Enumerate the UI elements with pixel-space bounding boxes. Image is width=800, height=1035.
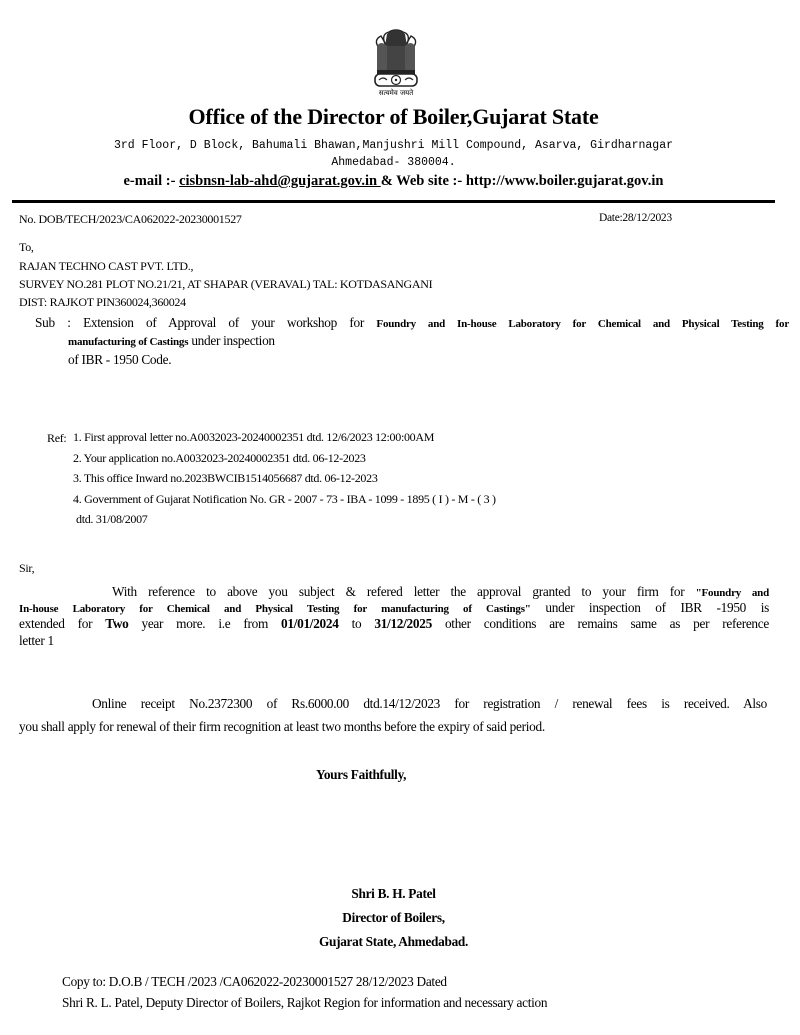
website-label: & Web site :- bbox=[381, 173, 466, 189]
body-text: other conditions are remains same as per… bbox=[432, 616, 769, 631]
subject-text: under inspection bbox=[188, 333, 274, 348]
letter-number: No. DOB/TECH/2023/CA062022-20230001527 bbox=[19, 212, 242, 227]
body1-line3: extended for Two year more. i.e from 01/… bbox=[19, 616, 769, 632]
recipient-line: DIST: RAJKOT PIN360024,360024 bbox=[19, 295, 186, 310]
office-title: Office of the Director of Boiler,Gujarat… bbox=[0, 104, 787, 130]
valid-from-date: 01/01/2024 bbox=[281, 616, 339, 631]
ref-item: 4. Government of Gujarat Notification No… bbox=[73, 492, 496, 507]
email-label: e-mail :- bbox=[124, 173, 180, 189]
copy-to-line1: Copy to: D.O.B / TECH /2023 /CA062022-20… bbox=[62, 974, 447, 990]
body-text: year more. i.e from bbox=[128, 616, 281, 631]
website-link[interactable]: http://www.boiler.gujarat.gov.in bbox=[466, 173, 664, 189]
body-text: to bbox=[339, 616, 375, 631]
valid-to-date: 31/12/2025 bbox=[374, 616, 432, 631]
body-text: under inspection of IBR -1950 is bbox=[531, 600, 769, 615]
body-bold: "Foundry and bbox=[696, 587, 769, 599]
body-text: With reference to above you subject & re… bbox=[112, 584, 696, 599]
header-divider bbox=[12, 200, 775, 203]
body1-line2: In-house Laboratory for Chemical and Phy… bbox=[19, 600, 769, 616]
subject-line3: of IBR - 1950 Code. bbox=[68, 352, 171, 368]
body1-line4: letter 1 bbox=[19, 633, 54, 649]
signatory-location: Gujarat State, Ahmedabad. bbox=[0, 934, 787, 950]
subject-label: Sub : bbox=[35, 315, 71, 330]
ref-label: Ref: bbox=[47, 431, 66, 446]
salutation: Sir, bbox=[19, 561, 34, 576]
office-address-line1: 3rd Floor, D Block, Bahumali Bhawan,Manj… bbox=[0, 139, 787, 152]
recipient-line: RAJAN TECHNO CAST PVT. LTD., bbox=[19, 259, 193, 274]
state-emblem-icon: सत्यमेव जयते bbox=[363, 26, 429, 102]
subject-bold: manufacturing of Castings bbox=[68, 336, 188, 348]
office-address-line2: Ahmedabad- 380004. bbox=[0, 156, 787, 169]
signatory-designation: Director of Boilers, bbox=[0, 910, 787, 926]
body-bold: In-house Laboratory for Chemical and Phy… bbox=[19, 603, 531, 615]
letter-date: Date:28/12/2023 bbox=[599, 212, 672, 224]
ref-item: 3. This office Inward no.2023BWCIB151405… bbox=[73, 471, 378, 486]
emblem-motto: सत्यमेव जयते bbox=[363, 89, 429, 98]
body2-line2: you shall apply for renewal of their fir… bbox=[19, 719, 545, 735]
extension-duration: Two bbox=[105, 616, 128, 631]
to-label: To, bbox=[19, 240, 34, 255]
subject-line1: Sub : Extension of Approval of your work… bbox=[35, 315, 789, 331]
subject-bold: Foundry and In-house Laboratory for Chem… bbox=[376, 318, 789, 330]
subject-text: Extension of Approval of your workshop f… bbox=[83, 315, 364, 330]
email-link[interactable]: cisbnsn-lab-ahd@gujarat.gov.in bbox=[179, 173, 381, 189]
body2-line1: Online receipt No.2372300 of Rs.6000.00 … bbox=[19, 696, 767, 712]
ref-item: 2. Your application no.A0032023-20240002… bbox=[73, 451, 366, 466]
copy-to-line2: Shri R. L. Patel, Deputy Director of Boi… bbox=[62, 995, 547, 1011]
body1-line1: With reference to above you subject & re… bbox=[19, 584, 769, 600]
recipient-line: SURVEY NO.281 PLOT NO.21/21, AT SHAPAR (… bbox=[19, 277, 432, 292]
closing: Yours Faithfully, bbox=[316, 767, 406, 783]
body-text: extended for bbox=[19, 616, 105, 631]
subject-line2: manufacturing of Castings under inspecti… bbox=[68, 333, 275, 349]
signatory-name: Shri B. H. Patel bbox=[0, 886, 787, 902]
ref-item-date: dtd. 31/08/2007 bbox=[76, 512, 148, 527]
contact-line: e-mail :- cisbnsn-lab-ahd@gujarat.gov.in… bbox=[0, 173, 787, 190]
ref-item: 1. First approval letter no.A0032023-202… bbox=[73, 430, 434, 445]
